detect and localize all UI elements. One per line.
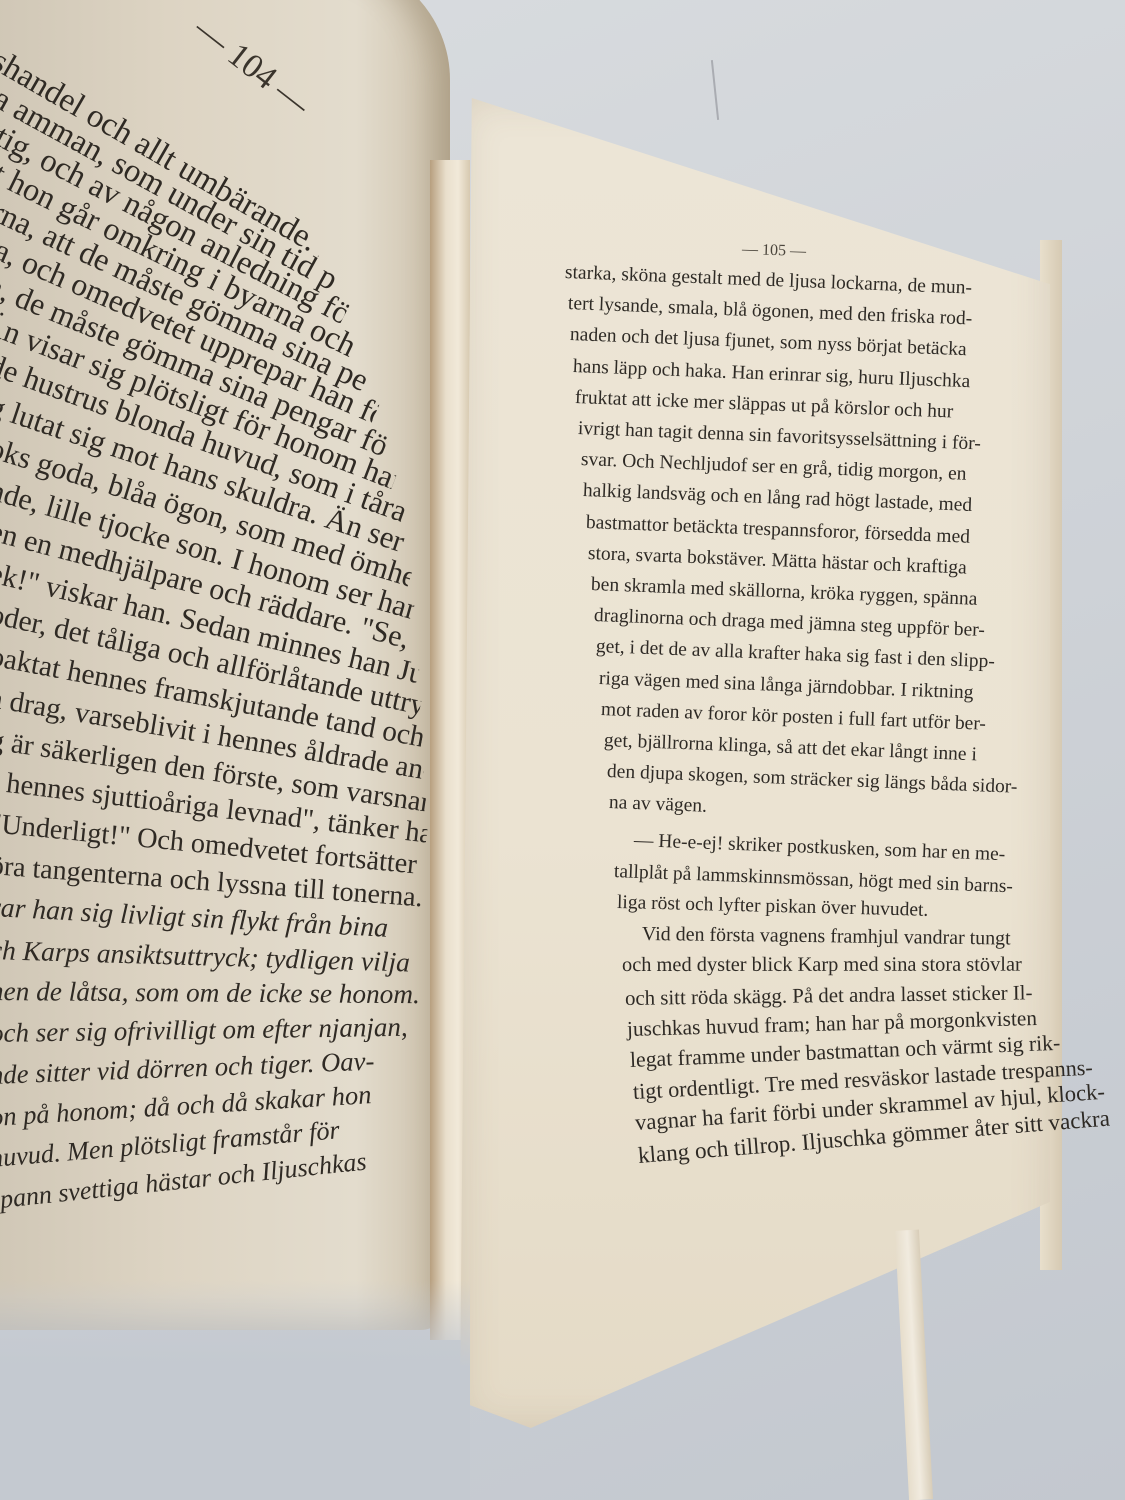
text-line: och ser sig ofrivilligt om efter njanjan… — [0, 1011, 430, 1049]
bookmark-ribbon — [895, 1230, 933, 1500]
table-surface — [0, 1280, 470, 1500]
page-number-left: — 104 — — [187, 10, 318, 124]
backdrop-fold — [711, 60, 719, 120]
text-line: nen de låtsa, som om de icke se honom. — [0, 976, 430, 1010]
right-page — [460, 98, 1050, 1428]
